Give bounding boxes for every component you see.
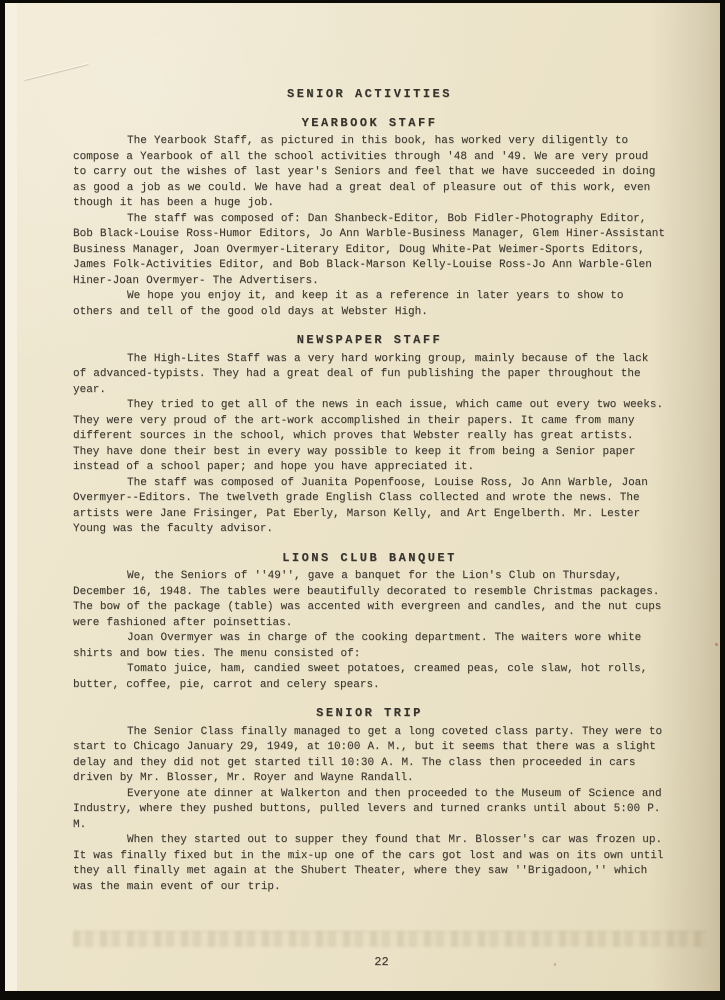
- paragraph: We, the Seniors of ''49'', gave a banque…: [73, 569, 666, 631]
- paragraph: Tomato juice, ham, candied sweet potatoe…: [73, 662, 666, 693]
- section-heading-senior-trip: SENIOR TRIP: [73, 706, 666, 722]
- reverse-page-showthrough: [73, 931, 706, 947]
- paragraph: They tried to get all of the news in eac…: [73, 398, 666, 476]
- paragraph: Joan Overmyer was in charge of the cooki…: [73, 631, 666, 662]
- paper-speck: [715, 643, 718, 646]
- section-heading-lions-club-banquet: LIONS CLUB BANQUET: [73, 551, 666, 567]
- section-yearbook-staff: YEARBOOK STAFF The Yearbook Staff, as pi…: [73, 116, 666, 321]
- page-content: SENIOR ACTIVITIES YEARBOOK STAFF The Yea…: [17, 3, 720, 991]
- scanned-yearbook-page: SENIOR ACTIVITIES YEARBOOK STAFF The Yea…: [0, 0, 725, 1000]
- section-lions-club-banquet: LIONS CLUB BANQUET We, the Seniors of ''…: [73, 551, 666, 694]
- section-newspaper-staff: NEWSPAPER STAFF The High-Lites Staff was…: [73, 333, 666, 538]
- paragraph: The High-Lites Staff was a very hard wor…: [73, 352, 666, 399]
- page-number: 22: [17, 955, 720, 969]
- page-title: SENIOR ACTIVITIES: [73, 87, 666, 103]
- paragraph: The staff was composed of: Dan Shanbeck-…: [73, 212, 666, 290]
- paragraph: We hope you enjoy it, and keep it as a r…: [73, 289, 666, 320]
- paper-sheet: SENIOR ACTIVITIES YEARBOOK STAFF The Yea…: [5, 3, 720, 991]
- paper-speck: [554, 963, 556, 966]
- section-heading-yearbook-staff: YEARBOOK STAFF: [73, 116, 666, 132]
- section-heading-newspaper-staff: NEWSPAPER STAFF: [73, 333, 666, 349]
- paragraph: The Yearbook Staff, as pictured in this …: [73, 134, 666, 212]
- paragraph: The Senior Class finally managed to get …: [73, 725, 666, 787]
- paragraph: The staff was composed of Juanita Popenf…: [73, 476, 666, 538]
- section-senior-trip: SENIOR TRIP The Senior Class finally man…: [73, 706, 666, 895]
- paragraph: When they started out to supper they fou…: [73, 833, 666, 895]
- paragraph: Everyone ate dinner at Walkerton and the…: [73, 787, 666, 834]
